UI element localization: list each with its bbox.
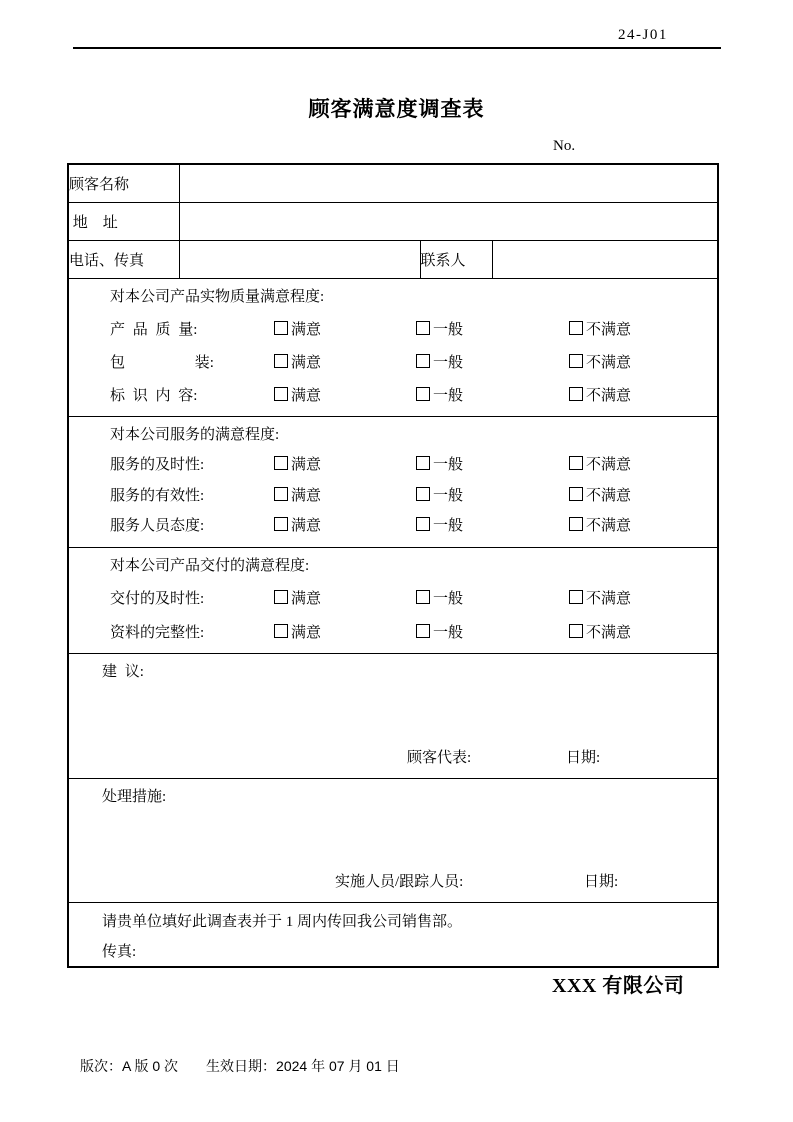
- implementer-tracker-label: 实施人员/跟踪人员:: [335, 872, 463, 892]
- option-unsatisfied[interactable]: 不满意: [569, 353, 717, 373]
- table-row: 对本公司服务的满意程度: 服务的及时性: 满意 一般 不满意 服务的有效性: 满…: [68, 416, 718, 547]
- checkbox-icon[interactable]: [274, 387, 288, 401]
- option-unsatisfied[interactable]: 不满意: [569, 623, 717, 643]
- rating-row-documentation-completeness: 资料的完整性: 满意 一般 不满意: [110, 623, 717, 643]
- checkbox-icon[interactable]: [416, 354, 430, 368]
- contact-label: 联系人: [420, 240, 492, 278]
- checkbox-icon[interactable]: [274, 456, 288, 470]
- checkbox-icon[interactable]: [416, 624, 430, 638]
- measures-area[interactable]: [69, 807, 717, 872]
- suggestion-label: 建 议:: [102, 662, 717, 682]
- address-label: 地 址: [68, 202, 179, 240]
- customer-representative-label: 顾客代表:: [407, 748, 471, 768]
- option-label: 不满意: [586, 625, 631, 641]
- checkbox-icon[interactable]: [569, 354, 583, 368]
- option-label: 满意: [291, 388, 321, 404]
- phone-fax-label: 电话、传真: [68, 240, 179, 278]
- criterion-label: 交付的及时性:: [110, 589, 274, 609]
- criterion-label: 服务人员态度:: [110, 516, 274, 536]
- checkbox-icon[interactable]: [569, 517, 583, 531]
- rating-row-packaging: 包 装: 满意 一般 不满意: [110, 353, 717, 373]
- customer-name-input[interactable]: [179, 164, 718, 202]
- date-label: 日期:: [584, 872, 618, 892]
- option-label: 不满意: [586, 488, 631, 504]
- option-label: 满意: [291, 457, 321, 473]
- checkbox-icon[interactable]: [416, 517, 430, 531]
- checkbox-icon[interactable]: [416, 487, 430, 501]
- option-label: 不满意: [586, 322, 631, 338]
- option-label: 一般: [433, 457, 463, 473]
- rating-row-delivery-timeliness: 交付的及时性: 满意 一般 不满意: [110, 589, 717, 609]
- section-header: 对本公司服务的满意程度:: [110, 425, 717, 445]
- option-neutral[interactable]: 一般: [416, 589, 569, 609]
- rating-section-quality: 对本公司产品实物质量满意程度: 产 品 质 量: 满意 一般 不满意 包 装: …: [68, 278, 718, 416]
- option-unsatisfied[interactable]: 不满意: [569, 589, 717, 609]
- checkbox-icon[interactable]: [274, 517, 288, 531]
- criterion-label: 产 品 质 量:: [110, 320, 274, 340]
- fax-label: 传真:: [102, 942, 136, 962]
- option-satisfied[interactable]: 满意: [274, 455, 416, 475]
- option-satisfied[interactable]: 满意: [274, 320, 416, 340]
- option-label: 满意: [291, 518, 321, 534]
- checkbox-icon[interactable]: [569, 321, 583, 335]
- checkbox-icon[interactable]: [274, 487, 288, 501]
- table-row: 地 址: [68, 202, 718, 240]
- option-satisfied[interactable]: 满意: [274, 386, 416, 406]
- notice-section: 请贵单位填好此调查表并于 1 周内传回我公司销售部。 传真:: [68, 902, 718, 967]
- address-input[interactable]: [179, 202, 718, 240]
- option-satisfied[interactable]: 满意: [274, 353, 416, 373]
- option-label: 一般: [433, 625, 463, 641]
- option-satisfied[interactable]: 满意: [274, 589, 416, 609]
- revision-label: 版次：: [80, 1056, 122, 1076]
- suggestion-area[interactable]: [69, 682, 717, 748]
- table-row: 处理措施: 实施人员/跟踪人员: 日期:: [68, 778, 718, 902]
- checkbox-icon[interactable]: [569, 624, 583, 638]
- rating-row-product-quality: 产 品 质 量: 满意 一般 不满意: [110, 320, 717, 340]
- table-row: 请贵单位填好此调查表并于 1 周内传回我公司销售部。 传真:: [68, 902, 718, 967]
- criterion-label: 服务的及时性:: [110, 455, 274, 475]
- section-header: 对本公司产品实物质量满意程度:: [110, 287, 717, 307]
- table-row: 对本公司产品实物质量满意程度: 产 品 质 量: 满意 一般 不满意 包 装: …: [68, 278, 718, 416]
- option-satisfied[interactable]: 满意: [274, 623, 416, 643]
- option-neutral[interactable]: 一般: [416, 486, 569, 506]
- page-title: 顾客满意度调查表: [0, 93, 793, 123]
- option-satisfied[interactable]: 满意: [274, 486, 416, 506]
- rating-row-marking: 标 识 内 容: 满意 一般 不满意: [110, 386, 717, 406]
- table-row: 电话、传真 联系人: [68, 240, 718, 278]
- checkbox-icon[interactable]: [274, 321, 288, 335]
- effective-date-label: 生效日期：: [206, 1056, 276, 1076]
- option-label: 一般: [433, 355, 463, 371]
- option-neutral[interactable]: 一般: [416, 623, 569, 643]
- option-label: 一般: [433, 488, 463, 504]
- option-label: 满意: [291, 322, 321, 338]
- revision-value: A 版 0 次: [122, 1056, 178, 1076]
- header-divider: [73, 47, 721, 49]
- checkbox-icon[interactable]: [416, 456, 430, 470]
- option-satisfied[interactable]: 满意: [274, 516, 416, 536]
- option-label: 不满意: [586, 355, 631, 371]
- footer: 版次： A 版 0 次 生效日期： 2024 年 07 月 01 日: [80, 1056, 400, 1076]
- criterion-label: 资料的完整性:: [110, 623, 274, 643]
- customer-name-label: 顾客名称: [68, 164, 179, 202]
- survey-table: 顾客名称 地 址 电话、传真 联系人 对本公司产品实物质量满意程度: 产 品 质…: [67, 163, 719, 968]
- criterion-label: 标 识 内 容:: [110, 386, 274, 406]
- option-neutral[interactable]: 一般: [416, 386, 569, 406]
- option-unsatisfied[interactable]: 不满意: [569, 386, 717, 406]
- fax-input[interactable]: [136, 942, 717, 962]
- date-label: 日期:: [566, 748, 600, 768]
- option-label: 一般: [433, 388, 463, 404]
- checkbox-icon[interactable]: [569, 456, 583, 470]
- option-neutral[interactable]: 一般: [416, 516, 569, 536]
- company-name: XXX 有限公司: [552, 969, 684, 998]
- checkbox-icon[interactable]: [416, 590, 430, 604]
- option-label: 一般: [433, 591, 463, 607]
- table-row: 顾客名称: [68, 164, 718, 202]
- option-label: 一般: [433, 518, 463, 534]
- option-neutral[interactable]: 一般: [416, 320, 569, 340]
- return-instruction: 请贵单位填好此调查表并于 1 周内传回我公司销售部。: [102, 912, 717, 932]
- checkbox-icon[interactable]: [416, 387, 430, 401]
- option-neutral[interactable]: 一般: [416, 353, 569, 373]
- table-row: 对本公司产品交付的满意程度: 交付的及时性: 满意 一般 不满意 资料的完整性:…: [68, 547, 718, 653]
- option-label: 不满意: [586, 518, 631, 534]
- checkbox-icon[interactable]: [569, 487, 583, 501]
- rating-row-service-effectiveness: 服务的有效性: 满意 一般 不满意: [110, 486, 717, 506]
- option-neutral[interactable]: 一般: [416, 455, 569, 475]
- checkbox-icon[interactable]: [569, 590, 583, 604]
- criterion-label: 服务的有效性:: [110, 486, 274, 506]
- option-label: 一般: [433, 322, 463, 338]
- option-label: 不满意: [586, 457, 631, 473]
- checkbox-icon[interactable]: [569, 387, 583, 401]
- effective-date-value: 2024 年 07 月 01 日: [276, 1056, 400, 1076]
- phone-fax-input[interactable]: [179, 240, 420, 278]
- rating-section-service: 对本公司服务的满意程度: 服务的及时性: 满意 一般 不满意 服务的有效性: 满…: [68, 416, 718, 547]
- document-page: 24-J01 顾客满意度调查表 No. 顾客名称 地 址 电话、传真 联系人 对…: [0, 0, 793, 1122]
- option-label: 满意: [291, 591, 321, 607]
- checkbox-icon[interactable]: [274, 590, 288, 604]
- option-label: 不满意: [586, 388, 631, 404]
- rating-row-service-timeliness: 服务的及时性: 满意 一般 不满意: [110, 455, 717, 475]
- rating-section-delivery: 对本公司产品交付的满意程度: 交付的及时性: 满意 一般 不满意 资料的完整性:…: [68, 547, 718, 653]
- option-label: 满意: [291, 355, 321, 371]
- contact-input[interactable]: [492, 240, 718, 278]
- checkbox-icon[interactable]: [416, 321, 430, 335]
- criterion-label: 包 装:: [110, 353, 274, 373]
- option-label: 不满意: [586, 591, 631, 607]
- option-unsatisfied[interactable]: 不满意: [569, 486, 717, 506]
- checkbox-icon[interactable]: [274, 624, 288, 638]
- doc-code: 24-J01: [618, 27, 668, 44]
- option-unsatisfied[interactable]: 不满意: [569, 320, 717, 340]
- option-label: 满意: [291, 488, 321, 504]
- rating-row-service-attitude: 服务人员态度: 满意 一般 不满意: [110, 516, 717, 536]
- checkbox-icon[interactable]: [274, 354, 288, 368]
- option-unsatisfied[interactable]: 不满意: [569, 455, 717, 475]
- measures-label: 处理措施:: [102, 787, 717, 807]
- no-label: No.: [553, 138, 575, 155]
- measures-section: 处理措施: 实施人员/跟踪人员: 日期:: [68, 778, 718, 902]
- option-label: 满意: [291, 625, 321, 641]
- option-unsatisfied[interactable]: 不满意: [569, 516, 717, 536]
- table-row: 建 议: 顾客代表: 日期:: [68, 653, 718, 778]
- section-header: 对本公司产品交付的满意程度:: [110, 556, 717, 576]
- suggestion-section: 建 议: 顾客代表: 日期:: [68, 653, 718, 778]
